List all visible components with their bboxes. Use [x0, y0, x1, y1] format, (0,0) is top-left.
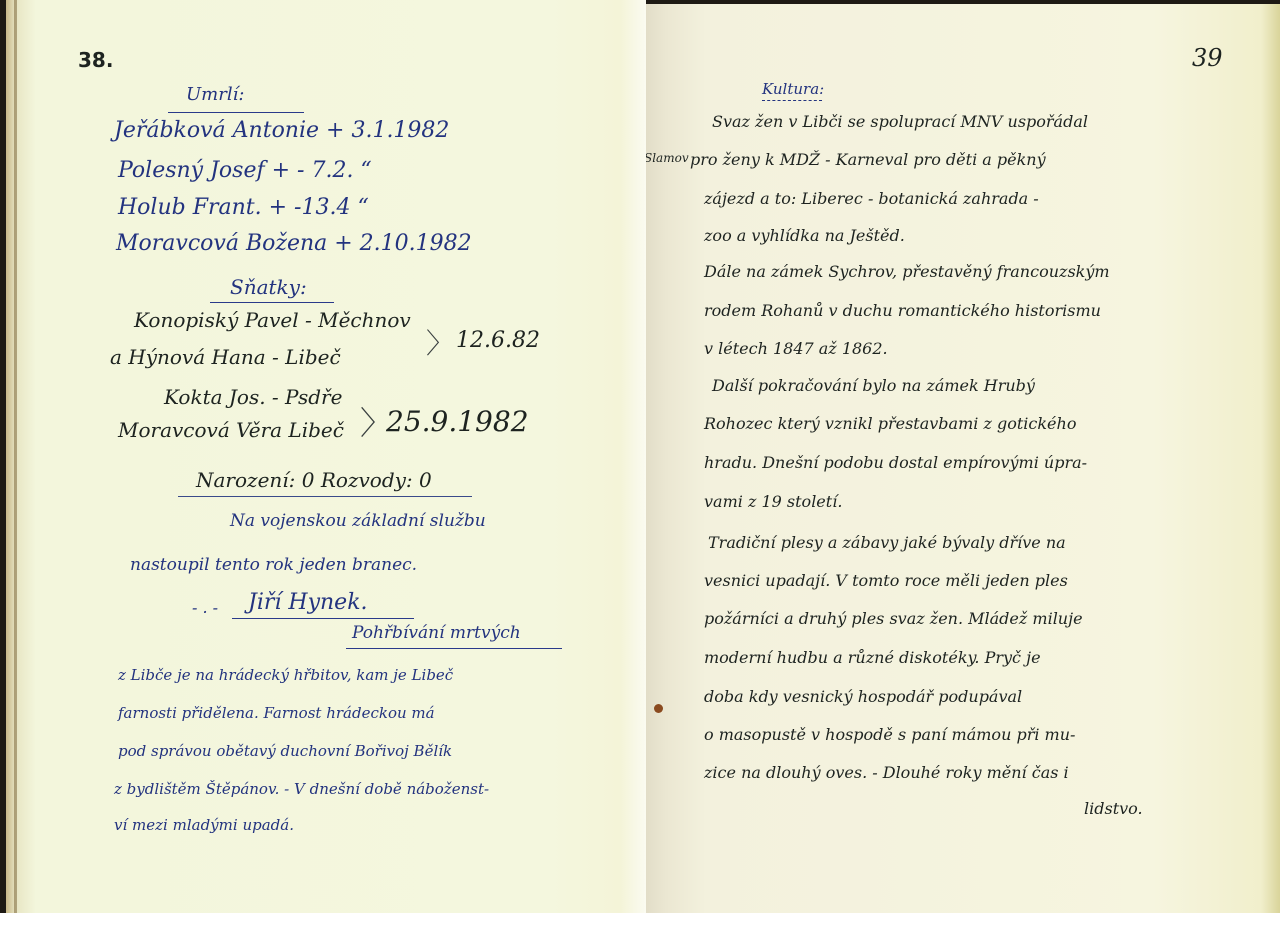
marriage-couple-2-groom: Kokta Jos. - Psdře — [164, 387, 342, 407]
bracket-icon: 〉 — [426, 322, 454, 362]
culture-line: zice na dlouhý oves. - Dlouhé roky mění … — [704, 765, 1069, 781]
deaths-heading: Umrlí: — [186, 86, 244, 104]
culture-line: zájezd a to: Liberec - botanická zahrada… — [704, 191, 1039, 207]
burials-line: z Libče je na hrádecký hřbitov, kam je L… — [118, 668, 453, 683]
death-entry: Polesný Josef + - 7.2. “ — [118, 160, 372, 182]
left-page: 38. Umrlí: Jeřábková Antonie + 3.1.1982 … — [6, 0, 646, 916]
culture-line: vesnici upadají. V tomto roce měli jeden… — [704, 573, 1068, 589]
marriage-couple-2-bride: Moravcová Věra Libeč — [118, 420, 344, 440]
culture-heading-underline — [762, 100, 822, 101]
culture-line: Dále na zámek Sychrov, přestavěný franco… — [704, 264, 1110, 280]
burials-line: ví mezi mladými upadá. — [114, 818, 294, 833]
military-line-2: nastoupil tento rok jeden branec. — [130, 557, 417, 574]
culture-line: Tradiční plesy a zábavy jaké bývaly dřív… — [708, 535, 1066, 551]
right-page: 39 Kultura: Slamov Svaz žen v Libči se s… — [646, 0, 1280, 916]
ink-spot — [654, 704, 663, 713]
burials-line: farnosti přidělena. Farnost hrádeckou má — [118, 706, 435, 721]
deaths-heading-underline — [168, 112, 304, 113]
marriage-couple-1-groom: Konopiský Pavel - Měchnov — [134, 310, 411, 330]
marriage-couple-1-date: 12.6.82 — [456, 330, 540, 352]
dash-marks: - . - — [192, 600, 218, 616]
culture-line: Rohozec který vznikl přestavbami z gotic… — [704, 416, 1076, 432]
culture-line: lidstvo. — [1084, 801, 1143, 817]
burials-line: pod správou obětavý duchovní Bořivoj Běl… — [118, 744, 452, 759]
culture-line: zoo a vyhlídka na Ještěd. — [704, 228, 905, 244]
culture-heading: Kultura: — [762, 82, 824, 97]
culture-line: vami z 19 století. — [704, 494, 842, 510]
marriages-heading: Sňatky: — [230, 277, 307, 297]
conscript-name-underline — [232, 618, 414, 619]
culture-line: pro ženy k MDŽ - Karneval pro děti a pěk… — [690, 152, 1046, 168]
page-bottom-margin — [0, 913, 1280, 927]
burials-line: z bydlištěm Štěpánov. - V dnešní době ná… — [114, 782, 489, 797]
death-entry: Holub Frant. + -13.4 “ — [118, 197, 369, 219]
military-line-1: Na vojenskou základní službu — [230, 513, 486, 530]
marriages-heading-underline — [210, 302, 334, 303]
page-number-right: 39 — [1192, 46, 1223, 70]
open-chronicle-book: 38. Umrlí: Jeřábková Antonie + 3.1.1982 … — [0, 0, 1280, 916]
culture-line: Svaz žen v Libči se spoluprací MNV uspoř… — [712, 114, 1088, 130]
marriage-couple-2-date: 25.9.1982 — [386, 408, 529, 436]
culture-line: hradu. Dnešní podobu dostal empírovými ú… — [704, 455, 1087, 471]
culture-line: požárníci a druhý ples svaz žen. Mládež … — [704, 611, 1083, 627]
culture-line: o masopustě v hospodě s paní mámou při m… — [704, 727, 1075, 743]
page-number-left: 38. — [78, 50, 113, 70]
births-divorces-underline — [178, 496, 472, 497]
births-divorces: Narození: 0 Rozvody: 0 — [196, 470, 432, 490]
culture-line: rodem Rohanů v duchu romantického histor… — [704, 303, 1101, 319]
burials-heading-underline — [346, 648, 562, 649]
marriage-couple-1-bride: a Hýnová Hana - Libeč — [110, 347, 341, 367]
culture-line: moderní hudbu a různé diskotéky. Pryč je — [704, 650, 1041, 666]
culture-line: Další pokračování bylo na zámek Hrubý — [712, 378, 1035, 394]
burials-heading: Pohřbívání mrtvých — [352, 625, 521, 642]
culture-line: doba kdy vesnický hospodář podupával — [704, 689, 1022, 705]
culture-line: v létech 1847 až 1862. — [704, 341, 888, 357]
conscript-name: Jiří Hynek. — [248, 592, 368, 614]
death-entry: Jeřábková Antonie + 3.1.1982 — [114, 120, 449, 142]
death-entry: Moravcová Božena + 2.10.1982 — [116, 233, 472, 255]
margin-note: Slamov — [646, 152, 689, 164]
